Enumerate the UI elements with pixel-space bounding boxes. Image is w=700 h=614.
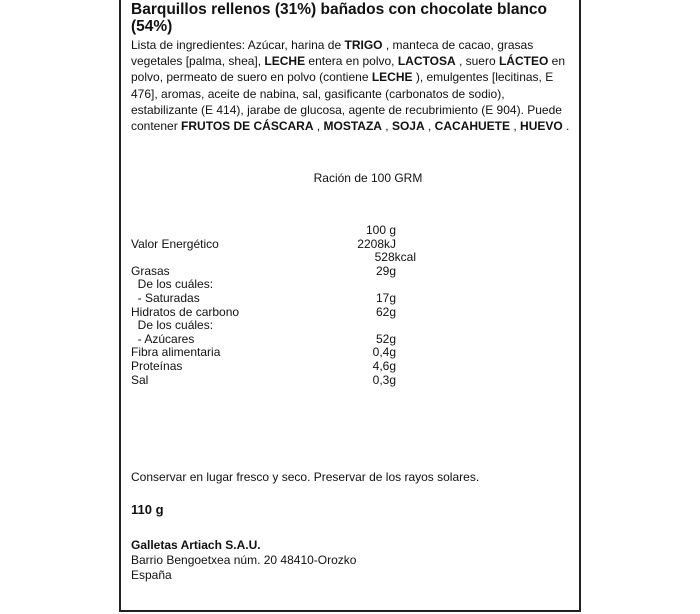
ingredient-text: , [382, 119, 392, 133]
nutrient-value: 62g [376, 306, 396, 320]
nutrition-table: 100 gValor Energético2208kJ528kcalGrasas… [131, 224, 431, 387]
ingredient-text: , [425, 119, 435, 133]
nutrient-name: De los cuáles: [131, 278, 213, 292]
ingredient-text: , suero [456, 54, 499, 68]
nutrition-row: - Saturadas17g [131, 292, 431, 306]
nutrition-row: - Azúcares52g [131, 333, 431, 347]
nutrition-row: 528kcal [131, 251, 431, 265]
nutrient-value: 100 g [366, 224, 396, 238]
nutrition-row: Fibra alimentaria0,4g [131, 346, 431, 360]
nutrient-value: 2208kJ [357, 238, 396, 252]
nutrient-name: Sal [131, 374, 148, 388]
nutrient-value: 0,3g [373, 374, 396, 388]
nutrition-row: De los cuáles: [131, 319, 431, 333]
allergen-text: LÁCTEO [499, 54, 548, 68]
allergen-text: FRUTOS DE CÁSCARA [181, 119, 313, 133]
allergen-text: LECHE [264, 54, 305, 68]
ingredients-list: Lista de ingredientes: Azúcar, harina de… [131, 37, 573, 134]
allergen-text: LACTOSA [398, 54, 456, 68]
manufacturer-name: Galletas Artiach S.A.U. [131, 538, 356, 553]
ingredient-text: Lista de ingredientes: Azúcar, harina de [131, 38, 344, 52]
nutrient-name: Valor Energético [131, 238, 219, 252]
ingredient-text: . [563, 119, 570, 133]
allergen-text: HUEVO [520, 119, 563, 133]
nutrient-value: 17g [376, 292, 396, 306]
nutrient-value: 528kcal [375, 251, 416, 265]
allergen-text: MOSTAZA [324, 119, 382, 133]
allergen-text: TRIGO [344, 38, 382, 52]
net-weight: 110 g [131, 502, 164, 517]
nutrient-value: 52g [376, 333, 396, 347]
nutrient-name: Proteínas [131, 360, 182, 374]
ingredient-text: entera en polvo, [305, 54, 398, 68]
nutrient-name: Grasas [131, 265, 170, 279]
nutrition-row: Sal0,3g [131, 374, 431, 388]
product-label-panel: Barquillos rellenos (31%) bañados con ch… [119, 0, 581, 612]
storage-instructions: Conservar en lugar fresco y seco. Preser… [131, 470, 479, 484]
ingredient-text: , [510, 119, 520, 133]
allergen-text: SOJA [392, 119, 425, 133]
nutrient-value: 0,4g [373, 346, 396, 360]
serving-size-label: Ración de 100 GRM [121, 171, 579, 185]
allergen-text: CACAHUETE [435, 119, 510, 133]
nutrition-row: De los cuáles: [131, 278, 431, 292]
manufacturer-address: Barrio Bengoetxea núm. 20 48410-Orozko [131, 553, 356, 568]
nutrient-name: Fibra alimentaria [131, 346, 220, 360]
ingredient-text: , [314, 119, 324, 133]
nutrient-name: De los cuáles: [131, 319, 213, 333]
nutrient-name: Hidratos de carbono [131, 306, 239, 320]
nutrient-value: 29g [376, 265, 396, 279]
nutrition-row: Grasas29g [131, 265, 431, 279]
allergen-text: LECHE [372, 70, 413, 84]
manufacturer-info: Galletas Artiach S.A.U. Barrio Bengoetxe… [131, 538, 356, 583]
nutrient-name: - Saturadas [131, 292, 200, 306]
nutrition-row: Hidratos de carbono62g [131, 306, 431, 320]
serving-size-text: Ración de 100 GRM [314, 171, 423, 185]
nutrition-row: Proteínas4,6g [131, 360, 431, 374]
manufacturer-country: España [131, 568, 356, 583]
product-title: Barquillos rellenos (31%) bañados con ch… [131, 1, 571, 35]
nutrient-name: - Azúcares [131, 333, 194, 347]
nutrition-row: 100 g [131, 224, 431, 238]
nutrient-value: 4,6g [373, 360, 396, 374]
nutrition-row: Valor Energético2208kJ [131, 238, 431, 252]
